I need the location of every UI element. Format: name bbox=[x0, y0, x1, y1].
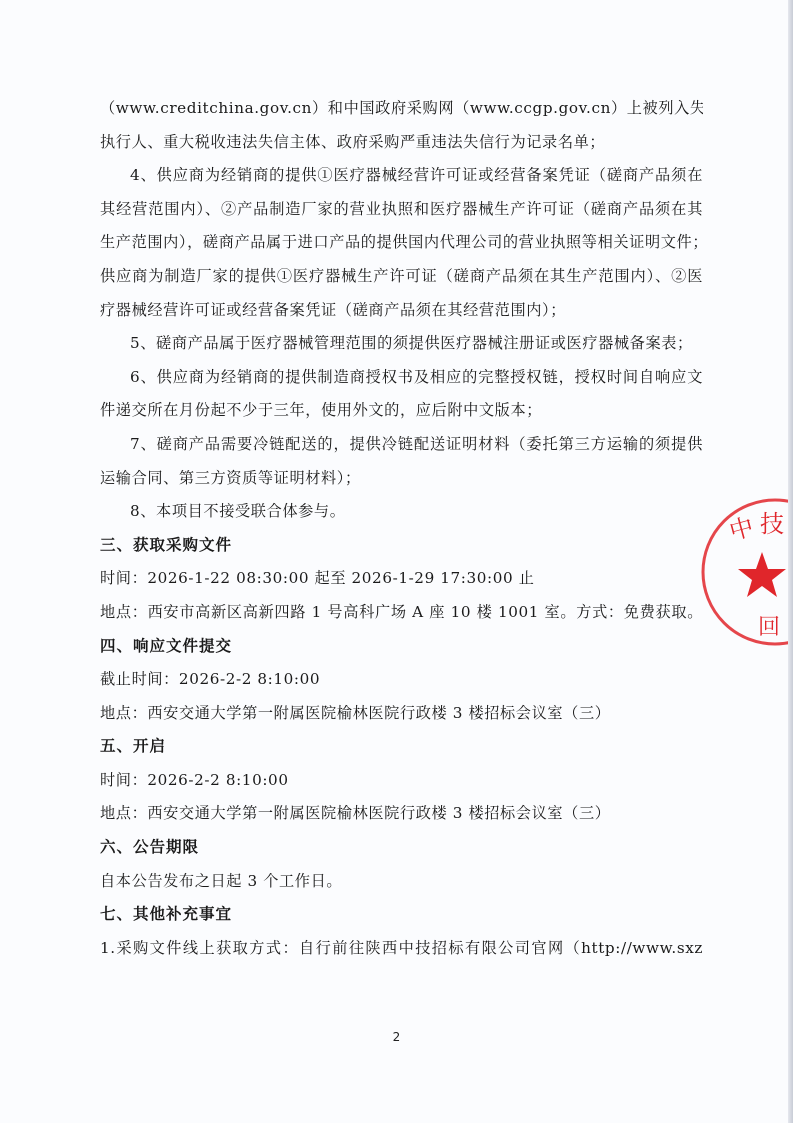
text-line: （www.creditchina.gov.cn）和中国政府采购网（www.ccg… bbox=[100, 92, 703, 126]
text-line: 件递交所在月份起不少于三年，使用外文的，应后附中文版本； bbox=[100, 394, 703, 428]
text-line: 执行人、重大税收违法失信主体、政府采购严重违法失信行为记录名单； bbox=[100, 126, 703, 160]
section-heading-4: 四、响应文件提交 bbox=[100, 630, 703, 664]
text-line: 运输合同、第三方资质等证明材料）； bbox=[100, 462, 703, 496]
text-line: 时间：2026-2-2 8:10:00 bbox=[100, 764, 703, 798]
page-edge bbox=[788, 0, 793, 1123]
text-line: 生产范围内），磋商产品属于进口产品的提供国内代理公司的营业执照等相关证明文件； bbox=[100, 226, 703, 260]
section-heading-7: 七、其他补充事宜 bbox=[100, 898, 703, 932]
svg-text:回: 回 bbox=[758, 615, 780, 640]
seal-stamp-icon: 中 技 回 bbox=[700, 492, 793, 652]
list-item-8: 8、本项目不接受联合体参与。 bbox=[100, 495, 703, 529]
page-number: 2 bbox=[0, 1030, 793, 1044]
text-line: 地点：西安市高新区高新四路 1 号高科广场 A 座 10 楼 1001 室。方式… bbox=[100, 596, 703, 630]
list-item-4: 4、供应商为经销商的提供①医疗器械经营许可证或经营备案凭证（磋商产品须在 bbox=[100, 159, 703, 193]
text-line: 疗器械经营许可证或经营备案凭证（磋商产品须在其经营范围内）； bbox=[100, 294, 703, 328]
section-heading-5: 五、开启 bbox=[100, 730, 703, 764]
svg-text:技: 技 bbox=[760, 510, 784, 538]
list-item-5: 5、磋商产品属于医疗器械管理范围的须提供医疗器械注册证或医疗器械备案表； bbox=[100, 327, 703, 361]
text-line: 自本公告发布之日起 3 个工作日。 bbox=[100, 865, 703, 899]
svg-text:中: 中 bbox=[726, 513, 756, 546]
text-line: 1.采购文件线上获取方式：自行前往陕西中技招标有限公司官网（http://www… bbox=[100, 932, 703, 966]
text-line: 地点：西安交通大学第一附属医院榆林医院行政楼 3 楼招标会议室（三） bbox=[100, 697, 703, 731]
list-item-6: 6、供应商为经销商的提供制造商授权书及相应的完整授权链，授权时间自响应文 bbox=[100, 361, 703, 395]
text-line: 其经营范围内）、②产品制造厂家的营业执照和医疗器械生产许可证（磋商产品须在其 bbox=[100, 193, 703, 227]
list-item-7: 7、磋商产品需要冷链配送的，提供冷链配送证明材料（委托第三方运输的须提供 bbox=[100, 428, 703, 462]
text-line: 截止时间：2026-2-2 8:10:00 bbox=[100, 663, 703, 697]
text-line: 供应商为制造厂家的提供①医疗器械生产许可证（磋商产品须在其生产范围内）、②医 bbox=[100, 260, 703, 294]
text-line: 时间：2026-1-22 08:30:00 起至 2026-1-29 17:30… bbox=[100, 562, 703, 596]
section-heading-6: 六、公告期限 bbox=[100, 831, 703, 865]
document-body: （www.creditchina.gov.cn）和中国政府采购网（www.ccg… bbox=[100, 92, 703, 965]
text-line: 地点：西安交通大学第一附属医院榆林医院行政楼 3 楼招标会议室（三） bbox=[100, 797, 703, 831]
section-heading-3: 三、获取采购文件 bbox=[100, 529, 703, 563]
